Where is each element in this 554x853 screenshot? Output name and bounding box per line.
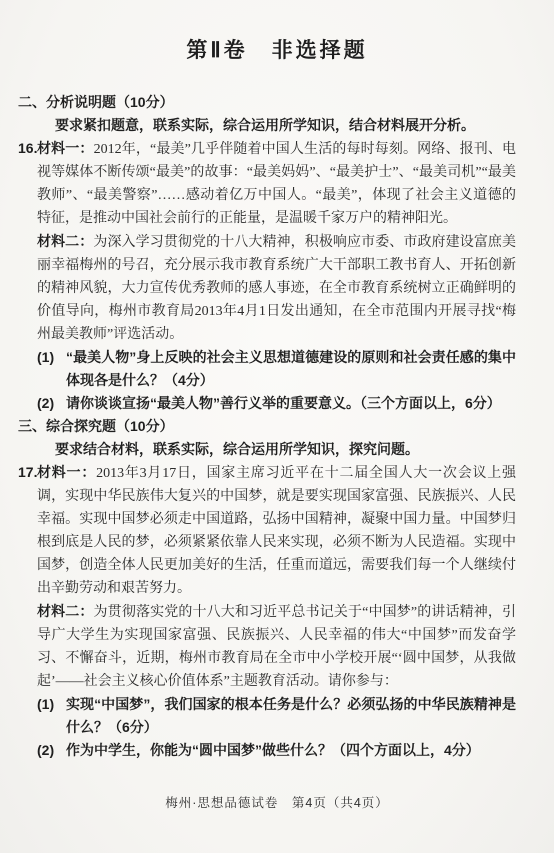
material-label: 材料二：	[37, 603, 94, 619]
exam-page: 第Ⅱ卷 非选择题 二、分析说明题（10分） 要求紧扣题意，联系实际，综合运用所学…	[0, 0, 554, 853]
section-header: 三、综合探究题（10分）	[18, 415, 516, 438]
section-header: 二、分析说明题（10分）	[18, 91, 516, 114]
section-analysis: 二、分析说明题（10分） 要求紧扣题意，联系实际，综合运用所学知识，结合材料展开…	[18, 91, 516, 415]
question-number: 17.	[18, 461, 37, 484]
material-text: 2012年，“最美”几乎伴随着中国人生活的每时每刻。网络、报刊、电视等媒体不断传…	[37, 142, 516, 226]
material-text: 为贯彻落实党的十八大和习近平总书记关于“中国梦”的讲话精神，引导广大学生为实现国…	[37, 605, 516, 689]
material-paragraph: 材料一：2012年，“最美”几乎伴随着中国人生活的每时每刻。网络、报刊、电视等媒…	[37, 137, 516, 230]
question-16: 16. 材料一：2012年，“最美”几乎伴随着中国人生活的每时每刻。网络、报刊、…	[18, 137, 516, 415]
material-label: 材料二：	[37, 233, 93, 249]
subquestion-number: (2)	[37, 739, 54, 762]
subquestion: (1) “最美人物”身上反映的社会主义思想道德建设的原则和社会责任感的集中体现各…	[37, 346, 516, 392]
material-paragraph: 材料二：为深入学习贯彻党的十八大精神，积极响应市委、市政府建设富庶美丽幸福梅州的…	[37, 230, 516, 346]
section-instruction: 要求紧扣题意，联系实际，综合运用所学知识，结合材料展开分析。	[18, 114, 516, 137]
page-footer: 梅州·思想品德试卷 第4页（共4页）	[0, 793, 554, 811]
subquestion-text: 作为中学生，你能为“圆中国梦”做些什么？（四个方面以上，4分）	[66, 742, 480, 758]
section-inquiry: 三、综合探究题（10分） 要求结合材料，联系实际，综合运用所学知识，探究问题。 …	[18, 415, 516, 762]
subquestion: (1) 实现“中国梦”，我们国家的根本任务是什么？必须弘扬的中华民族精神是什么？…	[37, 693, 516, 739]
section-instruction: 要求结合材料，联系实际，综合运用所学知识，探究问题。	[18, 438, 516, 461]
subquestion: (2) 作为中学生，你能为“圆中国梦”做些什么？（四个方面以上，4分）	[37, 739, 516, 762]
material-paragraph: 材料一：2013年3月17日，国家主席习近平在十二届全国人大一次会议上强调，实现…	[37, 461, 516, 600]
subquestion-number: (2)	[37, 392, 54, 415]
question-number: 16.	[18, 137, 37, 160]
subquestion-number: (1)	[37, 346, 54, 369]
material-paragraph: 材料二：为贯彻落实党的十八大和习近平总书记关于“中国梦”的讲话精神，引导广大学生…	[37, 600, 516, 693]
question-17: 17. 材料一：2013年3月17日，国家主席习近平在十二届全国人大一次会议上强…	[18, 461, 516, 762]
material-label: 材料一：	[37, 464, 96, 480]
material-label: 材料一：	[37, 140, 94, 156]
subquestion-text: “最美人物”身上反映的社会主义思想道德建设的原则和社会责任感的集中体现各是什么？…	[66, 349, 516, 388]
subquestion: (2) 请你谈谈宣扬“最美人物”善行义举的重要意义。（三个方面以上，6分）	[37, 392, 516, 415]
material-text: 为深入学习贯彻党的十八大精神，积极响应市委、市政府建设富庶美丽幸福梅州的号召，充…	[37, 235, 516, 342]
subquestion-text: 请你谈谈宣扬“最美人物”善行义举的重要意义。（三个方面以上，6分）	[66, 395, 501, 411]
material-text: 2013年3月17日，国家主席习近平在十二届全国人大一次会议上强调，实现中华民族…	[37, 466, 516, 596]
page-title: 第Ⅱ卷 非选择题	[0, 0, 554, 64]
page-content: 二、分析说明题（10分） 要求紧扣题意，联系实际，综合运用所学知识，结合材料展开…	[0, 64, 554, 762]
subquestion-text: 实现“中国梦”，我们国家的根本任务是什么？必须弘扬的中华民族精神是什么？（6分）	[66, 696, 516, 735]
subquestion-number: (1)	[37, 693, 54, 716]
